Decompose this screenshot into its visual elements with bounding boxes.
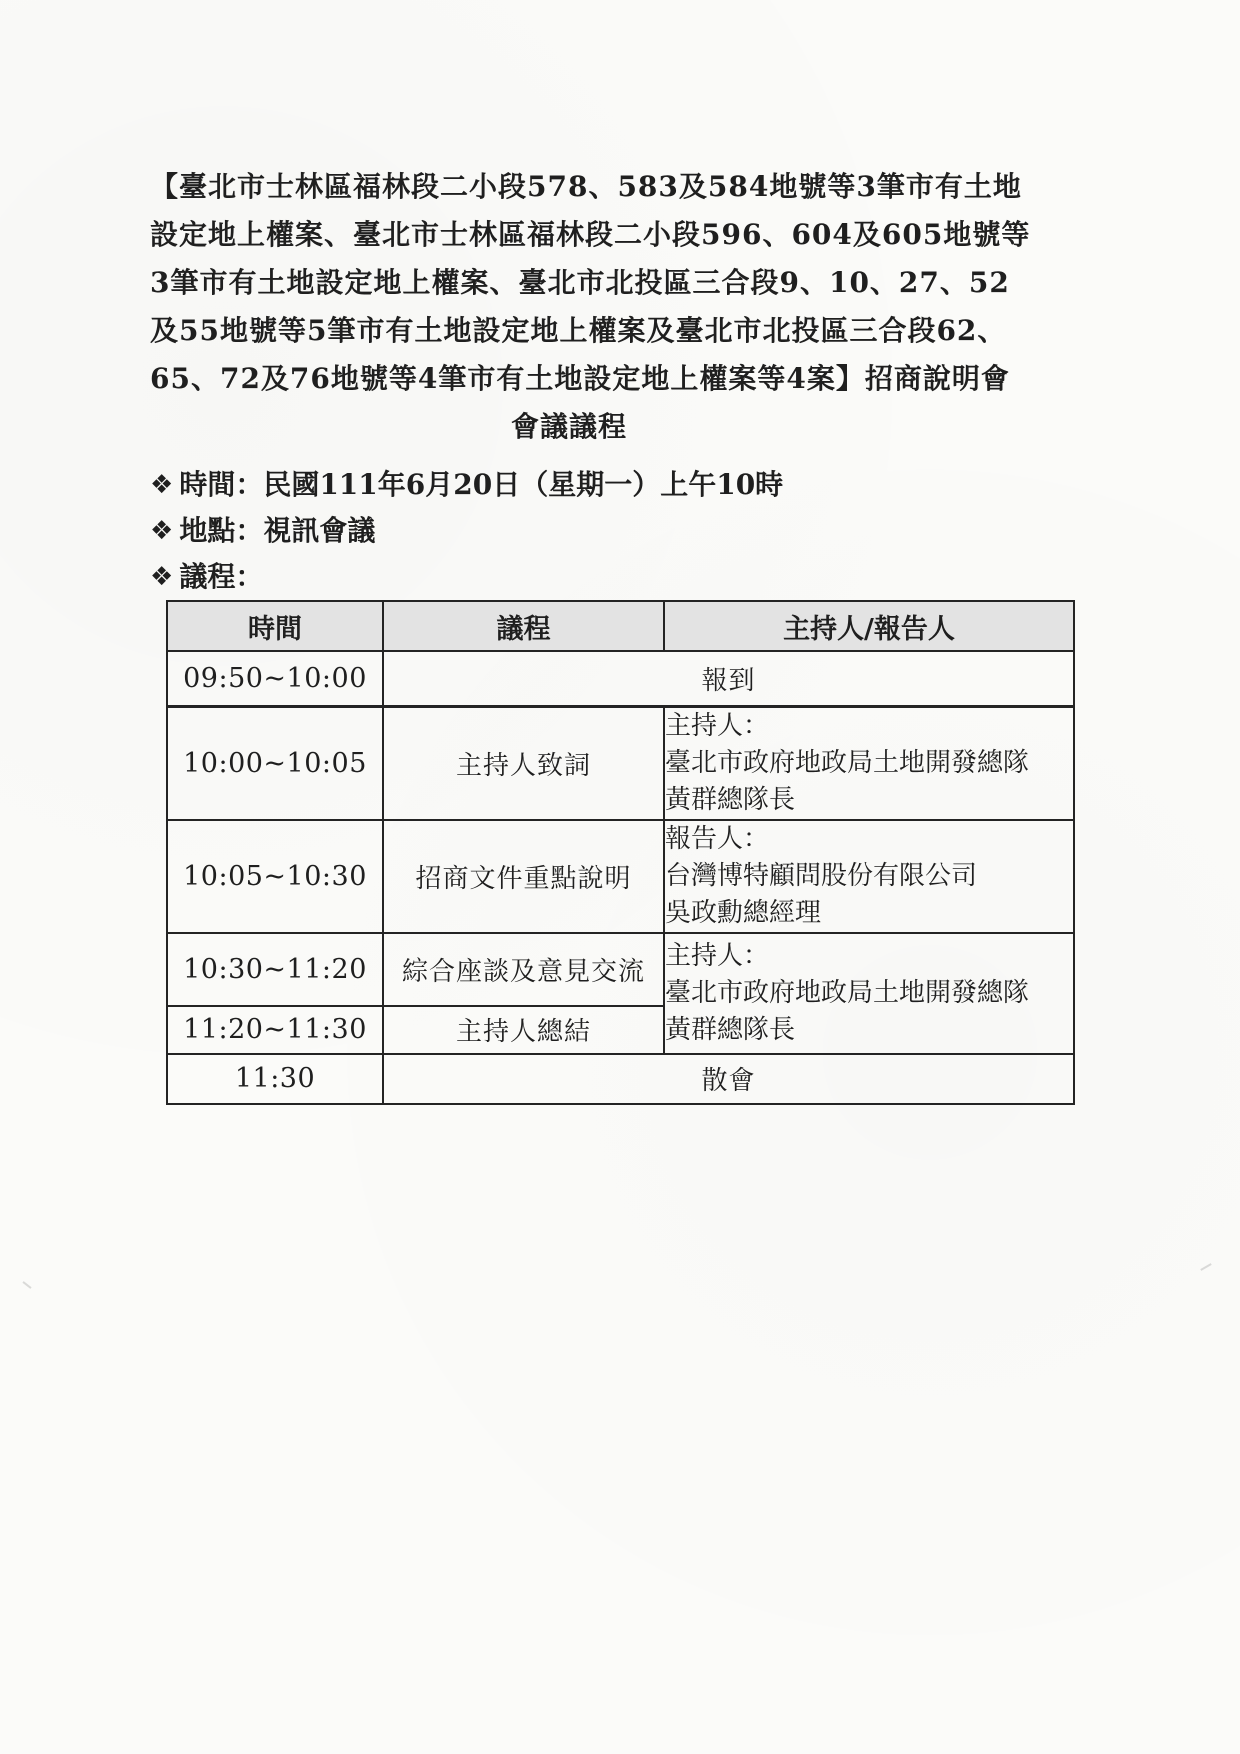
title-line-1: 【臺北市士林區福林段二小段578、583及584地號等3筆市有土地 <box>150 163 988 211</box>
agenda-label-text: 議程： <box>179 560 263 593</box>
speaker-cell: 主持人： 臺北市政府地政局土地開發總隊 黃群總隊長 <box>664 706 1074 820</box>
time-cell: 11:20~11:30 <box>167 1006 383 1054</box>
time-cell: 11:30 <box>167 1054 383 1104</box>
scan-crease-mark <box>22 1281 31 1289</box>
speaker-cell: 報告人： 台灣博特顧問股份有限公司 吳政勳總經理 <box>664 820 1074 933</box>
time-cell: 10:05~10:30 <box>167 820 383 933</box>
title-line-4: 及55地號等5筆市有土地設定地上權案及臺北市北投區三合段62、 <box>150 307 988 355</box>
agenda-cell: 主持人致詞 <box>383 706 664 820</box>
diamond-bullet-icon: ❖ <box>150 462 173 508</box>
table-row-briefing: 10:05~10:30 招商文件重點說明 報告人： 台灣博特顧問股份有限公司 吳… <box>167 820 1074 933</box>
speaker-org: 臺北市政府地政局土地開發總隊 <box>665 975 1073 1012</box>
title-line-5: 65、72及76地號等4筆市有土地設定地上權案等4案】招商說明會 <box>150 355 988 403</box>
title-line-6: 會議議程 <box>150 403 988 451</box>
agenda-label-line: ❖議程： <box>150 554 990 600</box>
speaker-org: 臺北市政府地政局土地開發總隊 <box>665 745 1073 782</box>
speaker-role: 主持人： <box>665 938 1073 975</box>
agenda-table: 時間 議程 主持人/報告人 09:50~10:00 報到 10:00~10:05… <box>166 600 1075 1105</box>
document-title: 【臺北市士林區福林段二小段578、583及584地號等3筆市有土地 設定地上權案… <box>150 163 988 451</box>
scanned-document-page: 【臺北市士林區福林段二小段578、583及584地號等3筆市有土地 設定地上權案… <box>0 0 1240 1754</box>
agenda-cell: 綜合座談及意見交流 <box>383 933 664 1006</box>
diamond-bullet-icon: ❖ <box>150 554 173 600</box>
speaker-cell-merged: 主持人： 臺北市政府地政局土地開發總隊 黃群總隊長 <box>664 933 1074 1054</box>
title-line-3: 3筆市有土地設定地上權案、臺北市北投區三合段9、10、27、52 <box>150 259 988 307</box>
header-cell-time: 時間 <box>167 601 383 651</box>
diamond-bullet-icon: ❖ <box>150 508 173 554</box>
speaker-name: 吳政勳總經理 <box>665 895 1073 932</box>
time-cell: 09:50~10:00 <box>167 651 383 706</box>
table-row-dismiss: 11:30 散會 <box>167 1054 1074 1104</box>
speaker-org: 台灣博特顧問股份有限公司 <box>665 858 1073 895</box>
meeting-location-line: ❖地點：視訊會議 <box>150 508 990 554</box>
agenda-cell: 主持人總結 <box>383 1006 664 1054</box>
speaker-name: 黃群總隊長 <box>665 782 1073 819</box>
table-row-signin: 09:50~10:00 報到 <box>167 651 1074 706</box>
meeting-time-text: 時間：民國111年6月20日（星期一）上午10時 <box>179 468 783 501</box>
agenda-cell: 招商文件重點說明 <box>383 820 664 933</box>
table-row-discussion: 10:30~11:20 綜合座談及意見交流 主持人： 臺北市政府地政局土地開發總… <box>167 933 1074 1006</box>
scan-crease-mark <box>1200 1263 1211 1271</box>
meeting-time-line: ❖時間：民國111年6月20日（星期一）上午10時 <box>150 462 990 508</box>
event-cell: 散會 <box>383 1054 1074 1104</box>
speaker-name: 黃群總隊長 <box>665 1012 1073 1049</box>
meeting-info-section: ❖時間：民國111年6月20日（星期一）上午10時 ❖地點：視訊會議 ❖議程： <box>150 462 990 600</box>
header-cell-speaker: 主持人/報告人 <box>664 601 1074 651</box>
speaker-role: 報告人： <box>665 821 1073 858</box>
table-row-opening: 10:00~10:05 主持人致詞 主持人： 臺北市政府地政局土地開發總隊 黃群… <box>167 706 1074 820</box>
header-cell-agenda: 議程 <box>383 601 664 651</box>
speaker-role: 主持人： <box>665 708 1073 745</box>
table-header-row: 時間 議程 主持人/報告人 <box>167 601 1074 651</box>
meeting-location-text: 地點：視訊會議 <box>179 514 375 547</box>
time-cell: 10:00~10:05 <box>167 706 383 820</box>
title-line-2: 設定地上權案、臺北市士林區福林段二小段596、604及605地號等 <box>150 211 988 259</box>
time-cell: 10:30~11:20 <box>167 933 383 1006</box>
event-cell: 報到 <box>383 651 1074 706</box>
